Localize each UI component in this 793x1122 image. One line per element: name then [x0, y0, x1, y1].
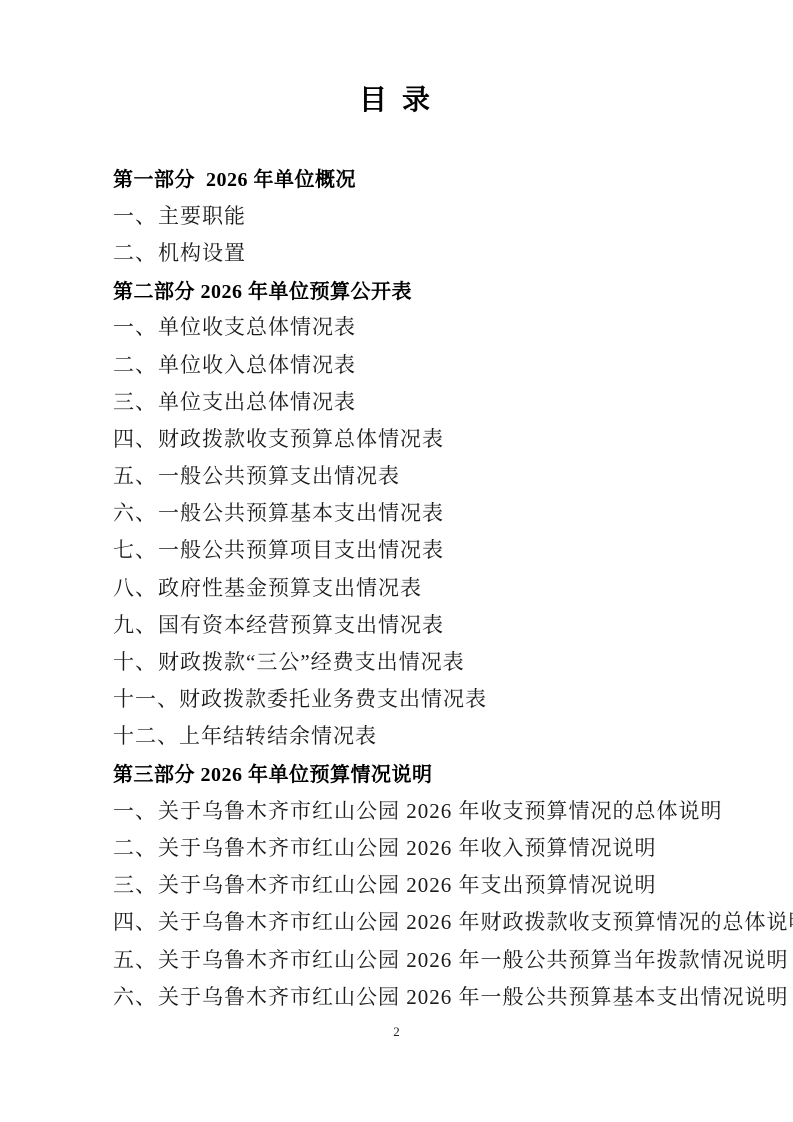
- toc-item-title: 一般公共预算支出情况表: [158, 460, 400, 490]
- toc-item: 五、一般公共预算支出情况表: [113, 457, 773, 494]
- toc-item: 二、关于乌鲁木齐市红山公园 2026 年收入预算情况说明: [113, 828, 773, 865]
- table-of-contents: 第一部分 2026 年单位概况 一、主要职能 二、机构设置 第二部分 2026 …: [113, 159, 773, 1014]
- toc-item-title: 关于乌鲁木齐市红山公园 2026 年财政拨款收支预算情况的总体说明: [158, 906, 793, 936]
- toc-item-title: 一般公共预算项目支出情况表: [158, 534, 444, 564]
- toc-section-heading-text: 第一部分 2026 年单位概况: [113, 163, 356, 192]
- toc-item-title: 主要职能: [158, 200, 246, 230]
- toc-item: 三、关于乌鲁木齐市红山公园 2026 年支出预算情况说明: [113, 866, 773, 903]
- toc-item: 八、政府性基金预算支出情况表: [113, 568, 773, 605]
- toc-item-title: 国有资本经营预算支出情况表: [158, 609, 444, 639]
- toc-item-number: 六、: [113, 981, 158, 1011]
- toc-item-title: 单位收入总体情况表: [158, 349, 356, 379]
- toc-item: 六、关于乌鲁木齐市红山公园 2026 年一般公共预算基本支出情况说明: [113, 977, 773, 1014]
- document-title: 目 录: [0, 78, 793, 118]
- toc-item-title: 财政拨款收支预算总体情况表: [158, 423, 444, 453]
- toc-item-title: 上年结转结余情况表: [179, 720, 377, 750]
- toc-item-number: 二、: [113, 832, 158, 862]
- toc-item-number: 十一、: [113, 683, 179, 713]
- toc-item-number: 三、: [113, 869, 158, 899]
- toc-item-number: 十、: [113, 646, 158, 676]
- toc-item: 一、主要职能: [113, 196, 773, 233]
- toc-item-number: 七、: [113, 534, 158, 564]
- toc-item: 五、关于乌鲁木齐市红山公园 2026 年一般公共预算当年拨款情况说明: [113, 940, 773, 977]
- toc-item-number: 五、: [113, 944, 158, 974]
- toc-item-number: 五、: [113, 460, 158, 490]
- toc-item-title: 财政拨款“三公”经费支出情况表: [158, 646, 465, 676]
- toc-item-number: 一、: [113, 311, 158, 341]
- toc-item-number: 一、: [113, 795, 158, 825]
- toc-item-number: 二、: [113, 237, 158, 267]
- toc-item-number: 一、: [113, 200, 158, 230]
- toc-item-number: 八、: [113, 572, 158, 602]
- document-page: 目 录 第一部分 2026 年单位概况 一、主要职能 二、机构设置 第二部分 2…: [0, 0, 793, 1122]
- toc-item: 十二、上年结转结余情况表: [113, 717, 773, 754]
- toc-section-heading-3: 第三部分 2026 年单位预算情况说明: [113, 754, 773, 791]
- toc-item-number: 二、: [113, 349, 158, 379]
- toc-section-heading-1: 第一部分 2026 年单位概况: [113, 159, 773, 196]
- toc-item: 一、关于乌鲁木齐市红山公园 2026 年收支预算情况的总体说明: [113, 791, 773, 828]
- toc-item: 十一、财政拨款委托业务费支出情况表: [113, 680, 773, 717]
- toc-item-title: 财政拨款委托业务费支出情况表: [179, 683, 487, 713]
- toc-item-number: 四、: [113, 906, 158, 936]
- toc-item-number: 九、: [113, 609, 158, 639]
- toc-item: 七、一般公共预算项目支出情况表: [113, 531, 773, 568]
- toc-item-title: 单位收支总体情况表: [158, 311, 356, 341]
- toc-section-heading-text: 第三部分 2026 年单位预算情况说明: [113, 758, 433, 787]
- toc-item: 二、单位收入总体情况表: [113, 345, 773, 382]
- toc-item-number: 六、: [113, 497, 158, 527]
- toc-item: 六、一般公共预算基本支出情况表: [113, 494, 773, 531]
- toc-item: 十、财政拨款“三公”经费支出情况表: [113, 642, 773, 679]
- toc-item-number: 十二、: [113, 720, 179, 750]
- toc-item: 三、单位支出总体情况表: [113, 382, 773, 419]
- toc-item-title: 关于乌鲁木齐市红山公园 2026 年一般公共预算当年拨款情况说明: [158, 944, 789, 974]
- toc-item-title: 政府性基金预算支出情况表: [158, 572, 422, 602]
- toc-item-title: 机构设置: [158, 237, 246, 267]
- toc-item-title: 一般公共预算基本支出情况表: [158, 497, 444, 527]
- toc-item-title: 关于乌鲁木齐市红山公园 2026 年收入预算情况说明: [158, 832, 657, 862]
- toc-item: 四、财政拨款收支预算总体情况表: [113, 419, 773, 456]
- toc-item: 九、国有资本经营预算支出情况表: [113, 605, 773, 642]
- toc-item-title: 关于乌鲁木齐市红山公园 2026 年一般公共预算基本支出情况说明: [158, 981, 789, 1011]
- page-number: 2: [0, 1024, 793, 1040]
- toc-item-number: 四、: [113, 423, 158, 453]
- toc-item: 一、单位收支总体情况表: [113, 308, 773, 345]
- toc-section-heading-2: 第二部分 2026 年单位预算公开表: [113, 271, 773, 308]
- toc-item-title: 单位支出总体情况表: [158, 386, 356, 416]
- toc-item-title: 关于乌鲁木齐市红山公园 2026 年支出预算情况说明: [158, 869, 657, 899]
- toc-item-title: 关于乌鲁木齐市红山公园 2026 年收支预算情况的总体说明: [158, 795, 723, 825]
- toc-item: 四、关于乌鲁木齐市红山公园 2026 年财政拨款收支预算情况的总体说明: [113, 903, 773, 940]
- toc-item-number: 三、: [113, 386, 158, 416]
- toc-section-heading-text: 第二部分 2026 年单位预算公开表: [113, 275, 412, 304]
- toc-item: 二、机构设置: [113, 233, 773, 270]
